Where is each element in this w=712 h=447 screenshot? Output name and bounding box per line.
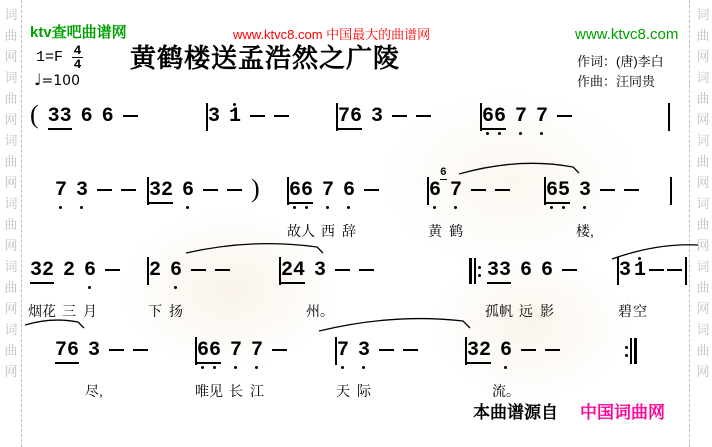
- lyric: 际: [357, 380, 371, 402]
- note-digit: 3: [60, 106, 72, 128]
- lyricist-credit: 作词：(唐)李白: [577, 52, 664, 72]
- lyric: 下: [148, 300, 162, 322]
- note: 65: [546, 180, 570, 204]
- note-digit: 3: [467, 340, 479, 362]
- octave-dot-low: [234, 366, 237, 369]
- note: 33: [48, 106, 72, 130]
- note: 7天: [337, 340, 349, 362]
- tempo-marking: ♩=100: [34, 70, 80, 89]
- octave-dot-low: [347, 206, 350, 209]
- note: 76鹤: [450, 180, 462, 202]
- slur: [459, 163, 579, 174]
- key-label: 1=F: [36, 49, 63, 66]
- note-digit: 2: [149, 260, 161, 282]
- duration-dash: [227, 189, 242, 191]
- barline: [685, 257, 687, 285]
- composer-credit: 作曲：汪同贵: [577, 72, 664, 92]
- duration-dash: [495, 189, 510, 191]
- note-digit: 7: [338, 106, 350, 128]
- measure: 66唯见7长7江: [197, 340, 335, 364]
- slur: [186, 244, 323, 253]
- duration-dash: [557, 115, 572, 117]
- measure: (3366: [30, 106, 206, 130]
- note-digit: 3: [149, 180, 161, 202]
- note-digit: 4: [293, 260, 305, 282]
- lyric: 影: [540, 300, 554, 322]
- octave-dot-low: [519, 132, 522, 135]
- note-digit: 1: [634, 260, 646, 282]
- score-line-2: 73 326) 66故人7西6辞 6黄76鹤 653楼,: [55, 180, 672, 212]
- note: 3际: [358, 340, 370, 362]
- note-digit: 6: [482, 106, 494, 128]
- intro-paren-open: (: [30, 102, 39, 128]
- lyric: 碧: [618, 300, 632, 322]
- repeat-dot: [478, 274, 481, 277]
- measure: 243州。: [281, 260, 481, 284]
- note: 6扬: [170, 260, 182, 282]
- note: 6月: [84, 260, 96, 282]
- score-line-4: 763尽, 66唯见7长7江 7天3际 326流。: [55, 340, 637, 372]
- note: 2下: [149, 260, 161, 282]
- score-page: 词曲网 词曲网 词曲网 词曲网 词曲网 词曲网 词曲网 词曲网 词曲网 词曲网 …: [0, 0, 712, 447]
- barline: [670, 177, 672, 205]
- note: 7江: [251, 340, 263, 362]
- note-digit: 3: [579, 180, 591, 202]
- note-digit: 7: [251, 340, 263, 362]
- duration-dash: [105, 269, 120, 271]
- lyric: 西: [321, 220, 335, 242]
- octave-dot-low: [498, 132, 501, 135]
- note: 3: [371, 106, 383, 128]
- note-digit: 3: [487, 260, 499, 282]
- duration-dash: [250, 115, 265, 117]
- note-digit: 2: [42, 260, 54, 282]
- octave-dot-low: [362, 366, 365, 369]
- lyric: 辞: [342, 220, 356, 242]
- measure: 326流。: [467, 340, 637, 364]
- note: 6远: [520, 260, 532, 282]
- measure: 653楼,: [546, 180, 670, 204]
- measure: 2下6扬: [149, 260, 279, 282]
- note: 1: [229, 106, 241, 128]
- octave-dot-low: [550, 206, 553, 209]
- note-digit: 3: [619, 260, 631, 282]
- octave-dot-low: [504, 366, 507, 369]
- note-digit: 6: [520, 260, 532, 282]
- octave-dot-low: [305, 206, 308, 209]
- measure: 763: [338, 106, 480, 130]
- note-digit: 3: [88, 340, 100, 362]
- source-prefix: 本曲谱源自: [473, 403, 558, 422]
- note-digit: 6: [494, 106, 506, 128]
- note-digit: 6: [67, 340, 79, 362]
- note-digit: 7: [55, 180, 67, 202]
- note: 7长: [230, 340, 242, 362]
- note: 2三: [63, 260, 75, 282]
- duration-dash: [545, 349, 560, 351]
- octave-dot-low: [326, 206, 329, 209]
- note-digit: 6: [81, 106, 93, 128]
- note-digit: 7: [337, 340, 349, 362]
- note: 6辞: [343, 180, 355, 202]
- score-line-3: 32烟花2三6月 2下6扬 243州。 33孤帆6远6影 3碧1空: [30, 260, 687, 292]
- octave-dot-low: [341, 366, 344, 369]
- note: 66: [482, 106, 506, 130]
- note: 3州。: [314, 260, 326, 282]
- grace-note: 6: [440, 168, 447, 180]
- duration-dash: [274, 115, 289, 117]
- note: 6黄: [429, 180, 441, 202]
- note-digit: 7: [515, 106, 527, 128]
- note: 6流。: [500, 340, 512, 362]
- lyric: 楼,: [576, 220, 594, 242]
- left-divider: [21, 0, 22, 447]
- duration-dash: [215, 269, 230, 271]
- note: 24: [281, 260, 305, 284]
- duration-dash: [364, 189, 379, 191]
- note-digit: 3: [30, 260, 42, 282]
- repeat-dot: [625, 354, 628, 357]
- note-digit: 3: [314, 260, 326, 282]
- note: 3尽,: [88, 340, 100, 362]
- duration-dash: [359, 269, 374, 271]
- octave-dot-high: [638, 257, 641, 260]
- note: 7: [55, 180, 67, 202]
- lyric: 鹤: [449, 220, 463, 242]
- note-digit: 2: [479, 340, 491, 362]
- note-digit: 6: [301, 180, 313, 202]
- duration-dash: [600, 189, 615, 191]
- octave-dot-low: [59, 206, 62, 209]
- note-digit: 6: [102, 106, 114, 128]
- measure: 33孤帆6远6影: [487, 260, 617, 284]
- duration-dash: [203, 189, 218, 191]
- note-digit: 2: [63, 260, 75, 282]
- note: 32: [467, 340, 491, 364]
- note-digit: 2: [161, 180, 173, 202]
- note: 76: [338, 106, 362, 130]
- duration-dash: [379, 349, 394, 351]
- note: 6: [81, 106, 93, 128]
- lyric: 天: [336, 380, 350, 402]
- lyric: 唯见: [195, 380, 223, 402]
- lyric: 黄: [428, 220, 442, 242]
- note-digit: 6: [429, 180, 441, 202]
- time-signature: 4 4: [72, 45, 83, 70]
- intro-paren-close: ): [251, 176, 260, 202]
- note: 3: [76, 180, 88, 202]
- note-digit: 6: [546, 180, 558, 202]
- site-url-link[interactable]: www.ktvc8.com: [575, 26, 678, 43]
- note: 66故人: [289, 180, 313, 204]
- note: 3: [208, 106, 220, 128]
- duration-dash: [121, 189, 136, 191]
- note-digit: 6: [343, 180, 355, 202]
- repeat-end-sign: [625, 338, 637, 364]
- note-digit: 6: [182, 180, 194, 202]
- note-digit: 3: [48, 106, 60, 128]
- note-digit: 6: [500, 340, 512, 362]
- octave-dot-low: [293, 206, 296, 209]
- note-digit: 5: [558, 180, 570, 202]
- right-divider: [689, 0, 690, 447]
- note: 3碧: [619, 260, 631, 282]
- duration-dash: [191, 269, 206, 271]
- lyric: 扬: [169, 300, 183, 322]
- note: 7: [515, 106, 527, 128]
- duration-dash: [335, 269, 350, 271]
- note: 7: [536, 106, 548, 128]
- note: 7西: [322, 180, 334, 202]
- time-bottom: 4: [74, 59, 82, 70]
- duration-dash: [562, 269, 577, 271]
- measure: 66故人7西6辞: [289, 180, 427, 204]
- song-title: 黄鹤楼送孟浩然之广陵: [130, 38, 400, 75]
- measure: 32烟花2三6月: [30, 260, 147, 284]
- score-line-1: (3366 31 763 6677: [30, 106, 670, 138]
- slur: [319, 319, 470, 331]
- lyric: 远: [519, 300, 533, 322]
- measure: 73: [55, 180, 147, 202]
- duration-dash: [133, 349, 148, 351]
- lyric: 江: [250, 380, 264, 402]
- note-digit: 1: [229, 106, 241, 128]
- note-digit: 3: [358, 340, 370, 362]
- lyric: 尽,: [85, 380, 103, 402]
- note: 6: [102, 106, 114, 128]
- duration-dash: [123, 115, 138, 117]
- measure: 31: [208, 106, 336, 128]
- measure: 6677: [482, 106, 668, 130]
- octave-dot-low: [255, 366, 258, 369]
- note: 33孤帆: [487, 260, 511, 284]
- duration-dash: [624, 189, 639, 191]
- octave-dot-low: [80, 206, 83, 209]
- key-signature: 1=F 4 4: [36, 49, 83, 70]
- note-digit: 6: [197, 340, 209, 362]
- octave-dot-low: [433, 206, 436, 209]
- repeat-start-sign: [469, 258, 481, 284]
- measure: 6黄76鹤: [429, 180, 544, 202]
- measure: 7天3际: [337, 340, 465, 362]
- repeat-dot: [625, 346, 628, 349]
- note-digit: 7: [450, 180, 462, 202]
- source-note: 本曲谱源自中国词曲网: [473, 398, 665, 423]
- duration-dash: [97, 189, 112, 191]
- lyric: 州。: [306, 300, 334, 322]
- watermark-column-left: 词曲网 词曲网 词曲网 词曲网 词曲网 词曲网: [2, 4, 20, 447]
- note-digit: 7: [322, 180, 334, 202]
- note-digit: 6: [289, 180, 301, 202]
- lyric: 长: [229, 380, 243, 402]
- octave-dot-low: [174, 286, 177, 289]
- tempo-value: =100: [42, 73, 80, 89]
- watermark-column-right: 词曲网 词曲网 词曲网 词曲网 词曲网 词曲网: [694, 4, 712, 447]
- note-digit: 2: [281, 260, 293, 282]
- note: 1空: [634, 260, 646, 282]
- credits: 作词：(唐)李白 作曲：汪同贵: [577, 52, 664, 92]
- duration-dash: [416, 115, 431, 117]
- note-digit: 3: [499, 260, 511, 282]
- octave-dot-low: [213, 366, 216, 369]
- note-digit: 6: [350, 106, 362, 128]
- note: 6影: [541, 260, 553, 282]
- note-digit: 6: [84, 260, 96, 282]
- note: 76: [55, 340, 79, 364]
- duration-dash: [272, 349, 287, 351]
- duration-dash: [667, 269, 682, 271]
- duration-dash: [521, 349, 536, 351]
- octave-dot-low: [583, 206, 586, 209]
- note-digit: 6: [541, 260, 553, 282]
- note: 3楼,: [579, 180, 591, 202]
- lyric: 三: [62, 300, 76, 322]
- note: 66唯见: [197, 340, 221, 364]
- octave-dot-low: [201, 366, 204, 369]
- note-digit: 3: [371, 106, 383, 128]
- quarter-note-icon: ♩: [34, 70, 42, 89]
- duration-dash: [403, 349, 418, 351]
- note: 6: [182, 180, 194, 202]
- octave-dot-low: [540, 132, 543, 135]
- site-name-link[interactable]: ktv查吧曲谱网: [30, 21, 127, 42]
- duration-dash: [649, 269, 664, 271]
- note-digit: 7: [230, 340, 242, 362]
- repeat-dot: [478, 266, 481, 269]
- note-digit: 7: [536, 106, 548, 128]
- lyric: 空: [633, 300, 647, 322]
- measure: 3碧1空: [619, 260, 685, 282]
- octave-dot-low: [486, 132, 489, 135]
- duration-dash: [471, 189, 486, 191]
- octave-dot-low: [186, 206, 189, 209]
- octave-dot-high: [233, 103, 236, 106]
- duration-dash: [109, 349, 124, 351]
- note: 32: [149, 180, 173, 204]
- measure: 763尽,: [55, 340, 195, 364]
- duration-dash: [392, 115, 407, 117]
- barline: [668, 103, 670, 131]
- lyric: 孤帆: [485, 300, 513, 322]
- octave-dot-low: [88, 286, 91, 289]
- source-site-link[interactable]: 中国词曲网: [580, 403, 665, 422]
- note-digit: 3: [208, 106, 220, 128]
- time-top: 4: [74, 45, 82, 56]
- note-digit: 6: [209, 340, 221, 362]
- note-digit: 7: [55, 340, 67, 362]
- measure: 326): [149, 180, 287, 204]
- lyric: 烟花: [28, 300, 56, 322]
- octave-dot-low: [454, 206, 457, 209]
- note-digit: 6: [170, 260, 182, 282]
- octave-dot-low: [562, 206, 565, 209]
- note: 32烟花: [30, 260, 54, 284]
- lyric: 月: [83, 300, 97, 322]
- note-digit: 3: [76, 180, 88, 202]
- lyric: 故人: [287, 220, 315, 242]
